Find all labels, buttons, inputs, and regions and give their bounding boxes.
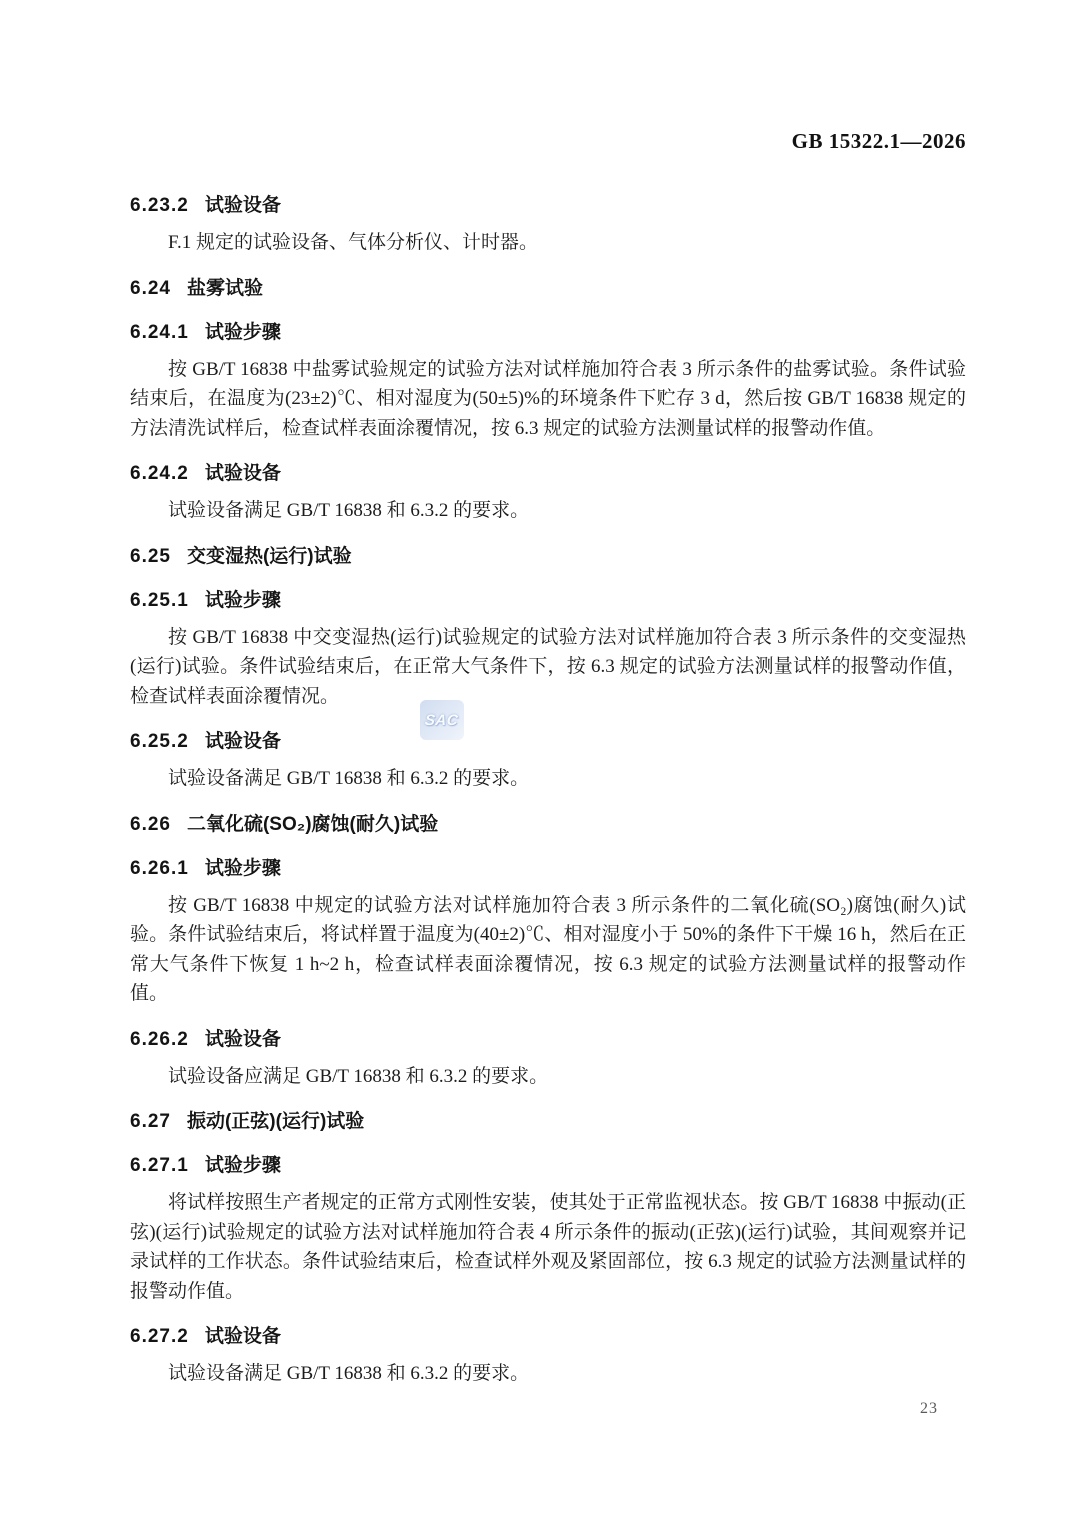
section-number: 6.24.1 <box>130 319 189 346</box>
section-title: 试验设备 <box>205 1326 281 1347</box>
heading-6-26-1: 6.26.1试验步骤 <box>130 855 966 882</box>
heading-6-25-1: 6.25.1试验步骤 <box>130 587 966 614</box>
page-number: 23 <box>920 1400 938 1418</box>
paragraph: 试验设备满足 GB/T 16838 和 6.3.2 的要求。 <box>130 764 966 794</box>
section-number: 6.27 <box>130 1108 171 1135</box>
section-number: 6.27.1 <box>130 1152 189 1179</box>
paragraph: 按 GB/T 16838 中规定的试验方法对试样施加符合表 3 所示条件的二氧化… <box>130 891 966 1009</box>
section-number: 6.25.1 <box>130 587 189 614</box>
section-number: 6.27.2 <box>130 1323 189 1350</box>
section-title: 交变湿热(运行)试验 <box>187 546 352 567</box>
heading-6-23-2: 6.23.2试验设备 <box>130 192 966 219</box>
section-title: 试验设备 <box>205 1029 281 1050</box>
section-title: 试验步骤 <box>205 858 281 879</box>
paragraph: 试验设备满足 GB/T 16838 和 6.3.2 的要求。 <box>130 496 966 526</box>
section-number: 6.23.2 <box>130 192 189 219</box>
section-number: 6.26.2 <box>130 1026 189 1053</box>
section-title: 试验步骤 <box>205 590 281 611</box>
standard-code-header: GB 15322.1—2026 <box>130 128 966 154</box>
section-title: 试验设备 <box>205 195 281 216</box>
paragraph: 将试样按照生产者规定的正常方式刚性安装，使其处于正常监视状态。按 GB/T 16… <box>130 1188 966 1306</box>
section-title: 盐雾试验 <box>187 278 263 299</box>
heading-6-24-1: 6.24.1试验步骤 <box>130 319 966 346</box>
heading-6-27-1: 6.27.1试验步骤 <box>130 1152 966 1179</box>
section-title: 二氧化硫(SO₂)腐蚀(耐久)试验 <box>187 814 438 835</box>
section-number: 6.25 <box>130 543 171 570</box>
heading-6-27: 6.27振动(正弦)(运行)试验 <box>130 1108 966 1135</box>
section-number: 6.26.1 <box>130 855 189 882</box>
heading-6-26: 6.26二氧化硫(SO₂)腐蚀(耐久)试验 <box>130 811 966 838</box>
heading-6-25-2: 6.25.2试验设备 <box>130 728 966 755</box>
heading-6-24-2: 6.24.2试验设备 <box>130 460 966 487</box>
section-title: 试验步骤 <box>205 322 281 343</box>
document-page: GB 15322.1—2026 6.23.2试验设备 F.1 规定的试验设备、气… <box>0 0 1080 1527</box>
paragraph: 按 GB/T 16838 中交变湿热(运行)试验规定的试验方法对试样施加符合表 … <box>130 623 966 712</box>
section-number: 6.24 <box>130 275 171 302</box>
section-title: 试验设备 <box>205 731 281 752</box>
section-number: 6.26 <box>130 811 171 838</box>
heading-6-27-2: 6.27.2试验设备 <box>130 1323 966 1350</box>
section-number: 6.24.2 <box>130 460 189 487</box>
paragraph: 试验设备满足 GB/T 16838 和 6.3.2 的要求。 <box>130 1359 966 1389</box>
heading-6-25: 6.25交变湿热(运行)试验 <box>130 543 966 570</box>
paragraph: 按 GB/T 16838 中盐雾试验规定的试验方法对试样施加符合表 3 所示条件… <box>130 355 966 444</box>
paragraph: 试验设备应满足 GB/T 16838 和 6.3.2 的要求。 <box>130 1062 966 1092</box>
section-title: 试验设备 <box>205 463 281 484</box>
heading-6-26-2: 6.26.2试验设备 <box>130 1026 966 1053</box>
paragraph: F.1 规定的试验设备、气体分析仪、计时器。 <box>130 228 966 258</box>
document-body: 6.23.2试验设备 F.1 规定的试验设备、气体分析仪、计时器。 6.24盐雾… <box>130 192 966 1389</box>
section-number: 6.25.2 <box>130 728 189 755</box>
section-title: 试验步骤 <box>205 1155 281 1176</box>
heading-6-24: 6.24盐雾试验 <box>130 275 966 302</box>
section-title: 振动(正弦)(运行)试验 <box>187 1111 364 1132</box>
